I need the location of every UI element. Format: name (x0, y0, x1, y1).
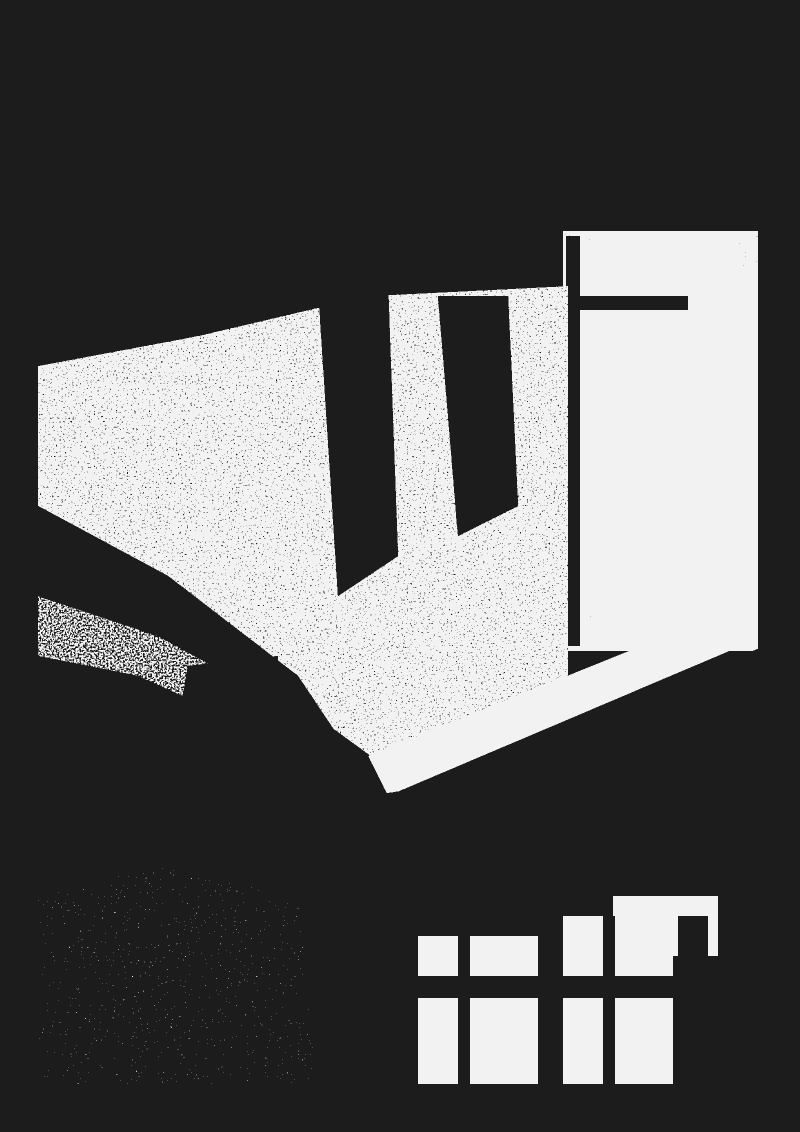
tonal-composition (38, 36, 765, 1096)
bottom-edge (38, 1084, 765, 1096)
dithered-print (38, 36, 765, 1096)
print-canvas (38, 36, 765, 1096)
artwork-description: High-contrast dithered black-and-white p… (0, 0, 1, 1)
artwork-frame: High-contrast dithered black-and-white p… (0, 0, 800, 1132)
right-edge (758, 36, 765, 1096)
